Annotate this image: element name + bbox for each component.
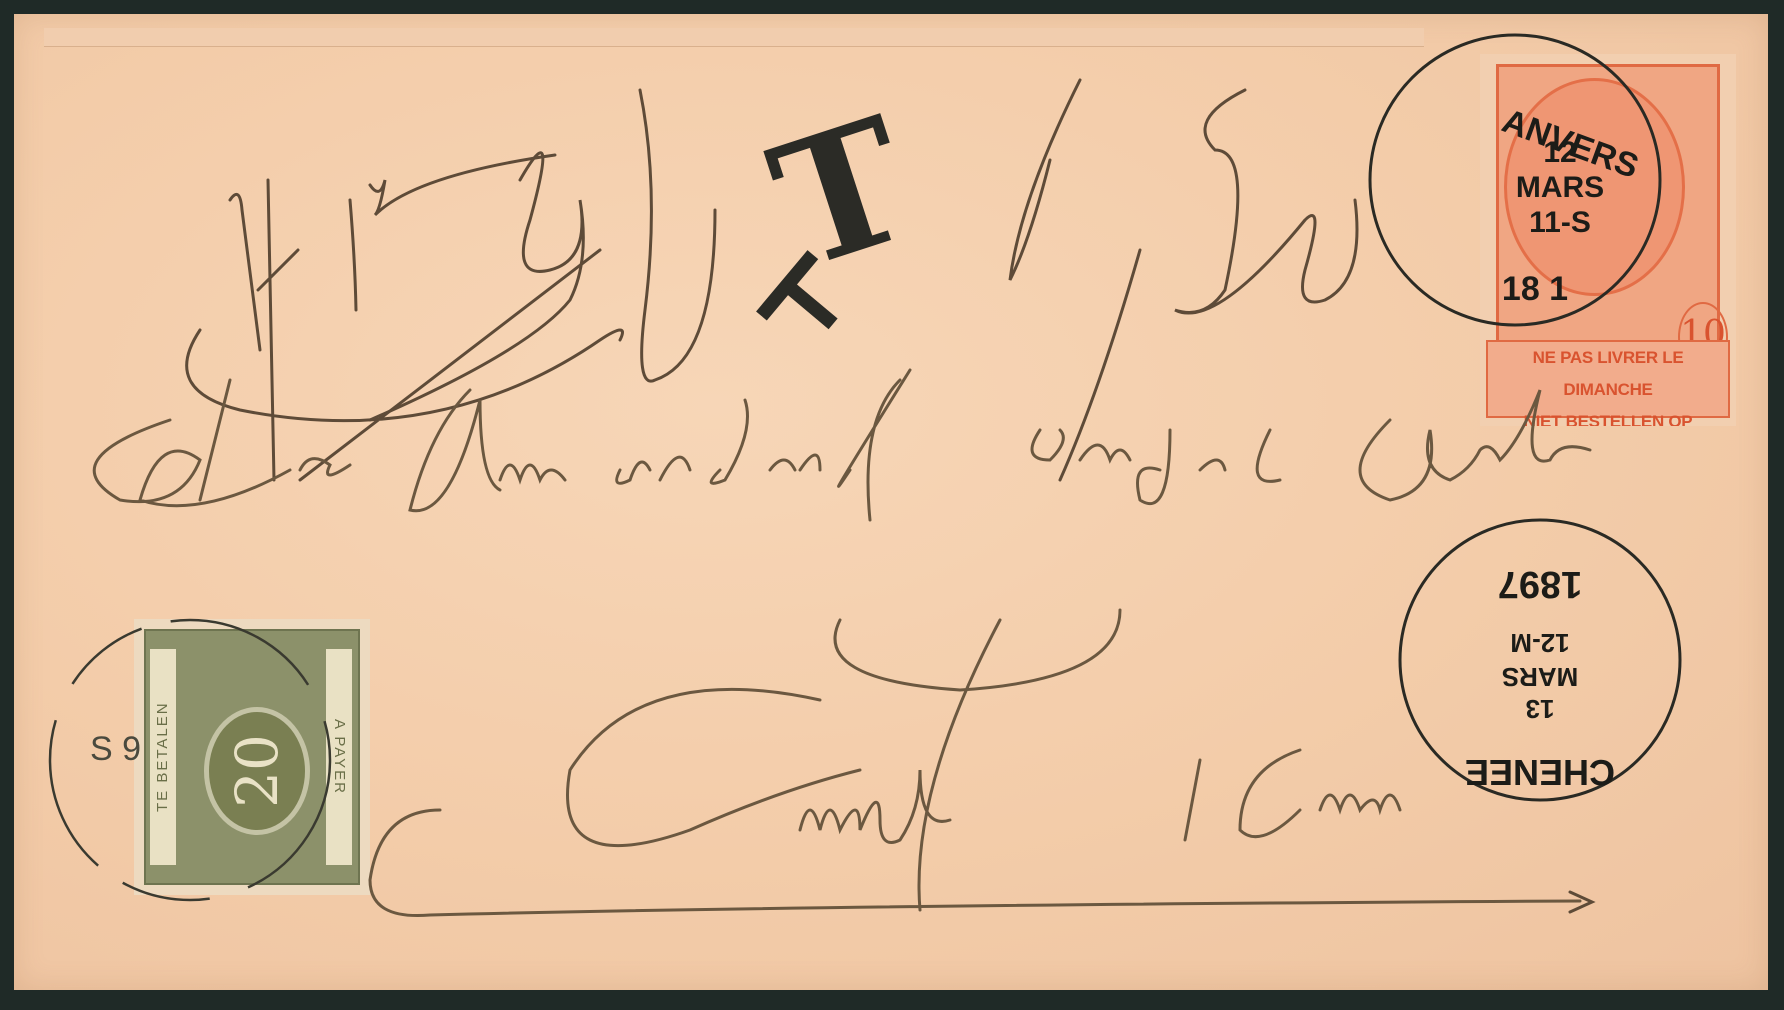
svg-text:CHENEE: CHENEE xyxy=(1465,752,1615,793)
svg-text:T: T xyxy=(751,79,933,308)
address-line-1 xyxy=(94,370,1590,520)
svg-text:MARS: MARS xyxy=(1516,171,1604,204)
svg-text:11-S: 11-S xyxy=(1529,206,1591,239)
handwriting-note xyxy=(187,155,623,480)
postmark-chenee: CHENEE 13 MARS 12-M 1897 xyxy=(1400,520,1680,800)
svg-text:MARS: MARS xyxy=(1502,662,1579,692)
handwriting-2-8 xyxy=(370,90,715,420)
postmark-due-partial: S 9 xyxy=(50,620,330,900)
handwriting-8-20 xyxy=(1010,80,1357,480)
svg-text:13: 13 xyxy=(1526,694,1555,724)
svg-text:12-M: 12-M xyxy=(1510,628,1569,658)
svg-text:18 1: 18 1 xyxy=(1502,270,1568,308)
postmark-anvers: ANVERS 12 MARS 11-S 18 1 xyxy=(1370,35,1660,325)
tax-t-mark: T xyxy=(751,79,933,308)
address-line-2 xyxy=(370,610,1580,916)
svg-text:S 9: S 9 xyxy=(90,730,141,768)
svg-text:12: 12 xyxy=(1543,136,1576,169)
ink-layer: T ANVERS 12 MARS 11-S 18 1 CHENEE 13 MAR… xyxy=(0,0,1784,1010)
svg-text:1897: 1897 xyxy=(1498,563,1583,605)
